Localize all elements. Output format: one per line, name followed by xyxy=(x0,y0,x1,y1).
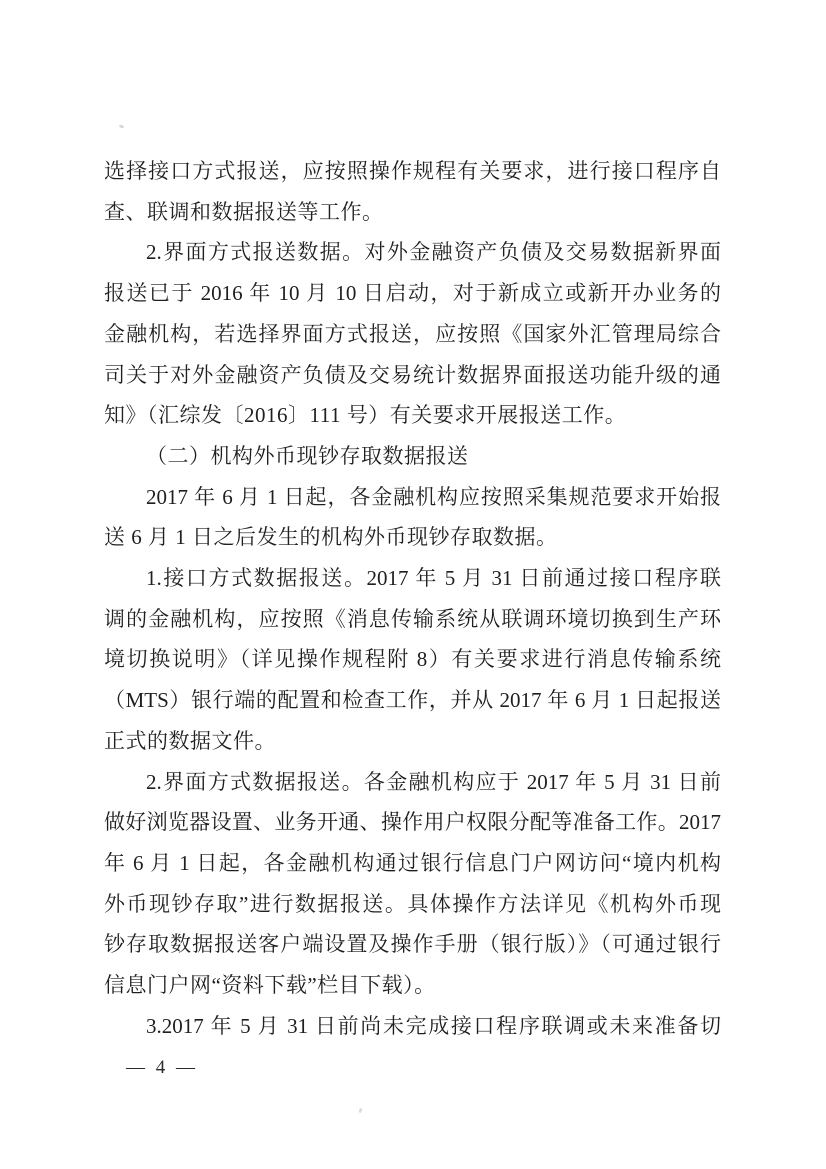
document-line: 2017 年 6 月 1 日起，各金融机构应按照采集规范要求开始报 xyxy=(104,477,721,518)
document-line: 外币现钞存取”进行数据报送。具体操作方法详见《机构外币现 xyxy=(104,884,721,925)
document-line: 选择接口方式报送，应按照操作规程有关要求，进行接口程序自 xyxy=(104,151,721,192)
document-line: 查、联调和数据报送等工作。 xyxy=(104,192,721,233)
document-line: 知》（汇综发〔2016〕111 号）有关要求开展报送工作。 xyxy=(104,395,721,436)
document-line: 司关于对外金融资产负债及交易统计数据界面报送功能升级的通 xyxy=(104,355,721,396)
document-line: 信息门户网“资料下载”栏目下载）。 xyxy=(104,965,721,1006)
document-line: 2.界面方式数据报送。各金融机构应于 2017 年 5 月 31 日前 xyxy=(104,762,721,803)
document-line: 调的金融机构，应按照《消息传输系统从联调环境切换到生产环 xyxy=(104,599,721,640)
document-line: 境切换说明》（详见操作规程附 8）有关要求进行消息传输系统 xyxy=(104,639,721,680)
document-line: 金融机构，若选择界面方式报送，应按照《国家外汇管理局综合 xyxy=(104,314,721,355)
document-line: 年 6 月 1 日起，各金融机构通过银行信息门户网访问“境内机构 xyxy=(104,843,721,884)
document-line: 3.2017 年 5 月 31 日前尚未完成接口程序联调或未来准备切 xyxy=(104,1006,721,1047)
scan-speck xyxy=(358,1108,362,1114)
scan-speck xyxy=(119,124,125,129)
document-line: 报送已于 2016 年 10 月 10 日启动，对于新成立或新开办业务的 xyxy=(104,273,721,314)
page-number: — 4 — xyxy=(126,1056,198,1080)
document-line: （MTS）银行端的配置和检查工作，并从 2017 年 6 月 1 日起报送 xyxy=(104,680,721,721)
document-line: 2.界面方式报送数据。对外金融资产负债及交易数据新界面 xyxy=(104,232,721,273)
document-page: 选择接口方式报送，应按照操作规程有关要求，进行接口程序自查、联调和数据报送等工作… xyxy=(0,0,826,1169)
document-line: 钞存取数据报送客户端设置及操作手册（银行版）》（可通过银行 xyxy=(104,924,721,965)
document-line: 1.接口方式数据报送。2017 年 5 月 31 日前通过接口程序联 xyxy=(104,558,721,599)
document-line: 正式的数据文件。 xyxy=(104,721,721,762)
document-line: 做好浏览器设置、业务开通、操作用户权限分配等准备工作。2017 xyxy=(104,802,721,843)
document-line: 送 6 月 1 日之后发生的机构外币现钞存取数据。 xyxy=(104,517,721,558)
document-body: 选择接口方式报送，应按照操作规程有关要求，进行接口程序自查、联调和数据报送等工作… xyxy=(104,151,721,1046)
document-line: （二）机构外币现钞存取数据报送 xyxy=(104,436,721,477)
